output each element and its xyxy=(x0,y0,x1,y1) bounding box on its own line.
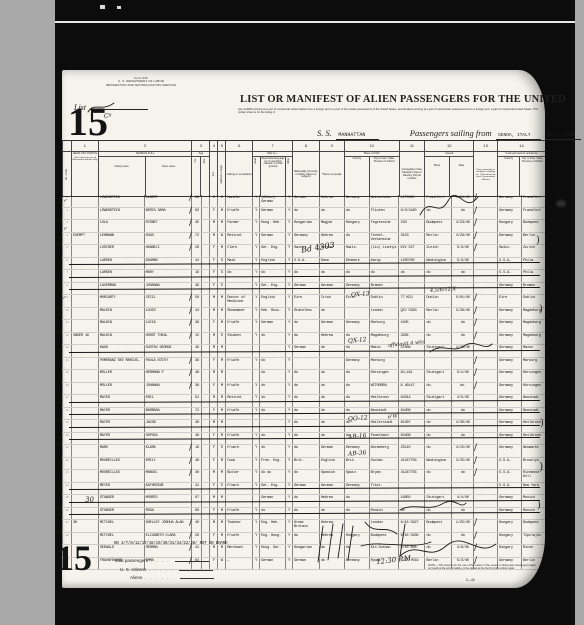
cell-ip xyxy=(424,483,451,495)
cell-rc: Germany xyxy=(497,408,521,420)
totals-block: Total passengers . . . . U. S. citizens … xyxy=(114,557,214,583)
page-curl-mark: ) xyxy=(539,460,543,473)
table-header: 1234567891011121314 No. on list HEAD-TAX… xyxy=(62,140,545,197)
cell-race xyxy=(319,358,344,370)
cell-ip: Washington xyxy=(424,458,451,470)
cell-g: HORST THEAL xyxy=(144,333,192,345)
cell-id: 5/1/40 xyxy=(451,370,473,382)
cell-id xyxy=(451,483,473,495)
cell-rci: Bremen xyxy=(521,283,545,295)
cell-rd: Y xyxy=(252,195,259,207)
cell-f: HAAS xyxy=(98,345,144,357)
cell-sx: M xyxy=(209,220,217,232)
cell-rci: Budapest xyxy=(521,520,545,532)
table-row: 18MAYERBARBARA72FMH'wifeYdoYdododoNeusta… xyxy=(62,408,545,421)
cell-mos xyxy=(201,320,209,332)
cell-no: 18 xyxy=(62,408,71,420)
cell-bci: Marburg xyxy=(369,320,399,332)
cell-bci: Mainz xyxy=(369,345,399,357)
cell-cal: Shoemaker xyxy=(225,308,252,320)
cell-nat: German xyxy=(292,195,319,207)
cell-f: MOUREILLES xyxy=(98,470,144,482)
column-number: 13 xyxy=(473,141,497,151)
cell-ms: W xyxy=(217,233,225,245)
cell-cal: do xyxy=(225,270,252,282)
cell-wr: Y xyxy=(285,433,292,445)
cell-visa: 37086 xyxy=(398,345,424,357)
cell-f: MALKIN xyxy=(98,320,144,332)
cell-f: SEEWALD xyxy=(98,545,144,557)
cell-rd xyxy=(252,345,259,357)
cell-ip: do xyxy=(424,270,451,282)
cell-mos xyxy=(201,370,209,382)
cell-g: JACOB xyxy=(144,420,192,432)
cell-lng: German xyxy=(259,495,285,507)
column-number: 3 xyxy=(191,141,209,151)
table-row: 2730MITCHELSHELLEY JOSHUA ALAN40MMTeache… xyxy=(62,520,545,533)
cell-rc: Germany xyxy=(497,508,521,520)
cell-id: 3/25/40 xyxy=(451,458,473,470)
cell-land xyxy=(473,233,497,245)
cell-f: STANGER xyxy=(98,495,144,507)
cell-yrs: 68 xyxy=(191,195,201,207)
cell-yrs: 40 xyxy=(191,470,201,482)
cell-lng: (Alien) German xyxy=(259,195,285,207)
cell-g: JOHANNA xyxy=(144,283,192,295)
cell-mos xyxy=(201,333,209,345)
cell-rc: Germany xyxy=(497,383,521,395)
cell-wr: Y xyxy=(285,395,292,407)
handwritten-signature-scrawl xyxy=(398,538,498,564)
table-row: 23MOUREILLESMANUEL40MMButlerYdo doYdoSpa… xyxy=(62,470,545,483)
cell-rci: Zurich xyxy=(521,245,545,257)
cell-ms: M xyxy=(217,358,225,370)
cell-land xyxy=(473,520,497,532)
cell-st xyxy=(71,495,98,507)
cell-ms: M xyxy=(217,495,225,507)
cell-yrs: 41 xyxy=(191,545,201,557)
cell-id: 5/3/40 xyxy=(451,258,473,270)
cell-f: MEYER xyxy=(98,483,144,495)
cell-race: Dane xyxy=(319,258,344,270)
cell-st xyxy=(71,483,98,495)
page-mark: 5—48 xyxy=(466,578,475,582)
cell-mos xyxy=(201,220,209,232)
cell-sx: F xyxy=(209,383,217,395)
cell-visa: 64,161 xyxy=(398,370,424,382)
cell-lng: Heb. Russ. xyxy=(259,308,285,320)
cell-st xyxy=(71,295,98,307)
cell-bci: Flinten xyxy=(369,208,399,220)
department-stamp: Form 630 U. S. DEPARTMENT OF LABOR IMMIG… xyxy=(86,77,196,87)
cell-lng: German xyxy=(259,208,285,220)
cell-lng: Fren. Eng. xyxy=(259,458,285,470)
cell-bc: Brit. xyxy=(344,458,369,470)
cell-rci: Magdeburg xyxy=(521,320,545,332)
cell-race: do xyxy=(319,433,344,445)
cell-bc: do xyxy=(344,208,369,220)
cell-bc: Germany xyxy=(344,195,369,207)
cell-rc: Hungary xyxy=(497,545,521,557)
cell-lng: do xyxy=(259,270,285,282)
cell-lng: do xyxy=(259,508,285,520)
cell-visa: KIV 527 xyxy=(398,245,424,257)
cell-f: LEHMANN xyxy=(98,233,144,245)
cell-id xyxy=(451,358,473,370)
cell-st xyxy=(71,270,98,282)
cell-rd: Y xyxy=(252,445,259,457)
cell-mos xyxy=(201,395,209,407)
cell-nat: do xyxy=(292,270,319,282)
cell-race: do xyxy=(319,308,344,320)
cell-g: CECIL xyxy=(144,295,192,307)
cell-rd xyxy=(252,370,259,382)
cell-ms: M xyxy=(217,370,225,382)
cell-st xyxy=(71,408,98,420)
cell-land xyxy=(473,245,497,257)
cell-bc: do xyxy=(344,408,369,420)
cell-rd xyxy=(252,495,259,507)
cell-mos xyxy=(201,345,209,357)
cell-f: MÜLLER xyxy=(98,370,144,382)
cell-mos xyxy=(201,208,209,220)
cell-ms: S xyxy=(217,483,225,495)
cell-cal: H'wife xyxy=(225,358,252,370)
cell-nat: U.S.A. xyxy=(292,258,319,270)
cell-st xyxy=(71,283,98,295)
cell-lng: English xyxy=(259,258,285,270)
cell-g: HANNELI xyxy=(144,245,192,257)
cell-id: 4/30/40 xyxy=(451,420,473,432)
cell-f: STANGER xyxy=(98,508,144,520)
cell-bc: Hungary xyxy=(344,220,369,232)
cell-cal: Merchant xyxy=(225,545,252,557)
cell-ms: M xyxy=(217,508,225,520)
cell-rci: Neustadt xyxy=(521,395,545,407)
cell-nat: do xyxy=(292,370,319,382)
cell-rci: Magdeburg xyxy=(521,333,545,345)
sailing-port: GENOA, ITALY xyxy=(496,133,540,140)
cell-sx: F xyxy=(209,508,217,520)
cell-g: HERMANN P xyxy=(144,370,192,382)
cell-sx: M xyxy=(209,345,217,357)
cell-land xyxy=(473,433,497,445)
cell-id xyxy=(451,283,473,295)
cell-ip: Stuttgart xyxy=(424,370,451,382)
cell-yrs: 61 xyxy=(191,395,201,407)
cell-visa: 64314 xyxy=(398,395,424,407)
cell-lng: German xyxy=(259,320,285,332)
cell-g: EMIL xyxy=(144,395,192,407)
cell-nat: do xyxy=(292,445,319,457)
cell-id: 4/15/40 xyxy=(451,445,473,457)
cell-rd: Y xyxy=(252,208,259,220)
cell-visa: 41247756 xyxy=(398,458,424,470)
cell-rc: U.S.A. xyxy=(497,483,521,495)
cell-ip: Berlin xyxy=(424,308,451,320)
cell-yrs: 28 xyxy=(191,245,201,257)
col-residence: *Last permanent residence Country City o… xyxy=(497,152,545,197)
cell-ms: S xyxy=(217,445,225,457)
cell-id: do xyxy=(451,433,473,445)
cell-f: LARSEN xyxy=(98,270,144,282)
cell-nat: do xyxy=(292,420,319,432)
cell-rci: Budapest xyxy=(521,220,545,232)
cell-land xyxy=(473,458,497,470)
cell-yrs: 50 xyxy=(191,295,201,307)
cell-rd: Y xyxy=(252,270,259,282)
cell-lng: Ger. Eng. xyxy=(259,245,285,257)
col-married: Married or single xyxy=(217,152,225,197)
cell-yrs: 44 xyxy=(191,258,201,270)
cell-ms: S xyxy=(217,258,225,270)
cell-g: BERTA SARA xyxy=(144,208,192,220)
cell-sx: F xyxy=(209,208,217,220)
cell-wr: Y xyxy=(285,383,292,395)
cell-wr: Y xyxy=(285,545,292,557)
cell-bc: do xyxy=(344,433,369,445)
cell-nat: Brit. xyxy=(292,458,319,470)
cell-mos xyxy=(201,383,209,395)
cell-bc: Germany xyxy=(344,320,369,332)
cell-g: SYDNEY xyxy=(144,220,192,232)
cell-rci: Munich xyxy=(521,508,545,520)
column-number: 1 xyxy=(71,141,98,151)
cell-cal: H'work xyxy=(225,445,252,457)
cell-rd: Y xyxy=(252,220,259,232)
cell-id: 4/5/40 xyxy=(451,395,473,407)
cell-yrs: 49 xyxy=(191,345,201,357)
cell-wr: Y xyxy=(285,483,292,495)
cell-yrs: 62 xyxy=(191,208,201,220)
cell-yrs: 67 xyxy=(191,495,201,507)
cell-f: MALKIN xyxy=(98,308,144,320)
cell-mos xyxy=(201,420,209,432)
column-numbers-row: 1234567891011121314 xyxy=(62,141,545,152)
cell-g: BARBARA xyxy=(144,408,192,420)
table-row: 4EXEMPTLEHMANNHUGO72MWRetiredYGermanYGer… xyxy=(62,233,545,246)
cell-g: HERMAN xyxy=(144,545,192,557)
cell-wr: Y xyxy=(285,233,292,245)
cell-cal: H'work xyxy=(225,483,252,495)
cell-visa: 3153 xyxy=(398,233,424,245)
cell-no: 4 xyxy=(62,233,71,245)
cell-lng: Eng. Hung. xyxy=(259,533,285,545)
cell-wr: Y xyxy=(285,370,292,382)
cell-land xyxy=(473,395,497,407)
cell-sx: M xyxy=(209,420,217,432)
ship-name: MANHATTAN xyxy=(336,132,379,140)
cell-st xyxy=(71,308,98,320)
cell-land xyxy=(473,295,497,307)
cell-race: Spanish xyxy=(319,470,344,482)
cell-bci: Hürsingen xyxy=(369,370,399,382)
column-number: 8 xyxy=(292,141,319,151)
cell-yrs: 40 xyxy=(191,420,201,432)
cell-lng xyxy=(259,420,285,432)
cell-rci: Frankfurt xyxy=(521,195,545,207)
cell-visa xyxy=(398,358,424,370)
cell-lng: do xyxy=(259,395,285,407)
table-row: 5LUSCHERHANNELI28FMClerkYGer. Eng.YSwitz… xyxy=(62,245,545,258)
title-fine-print: ALL ALIENS arriving at a port of contine… xyxy=(238,108,538,114)
cell-bci: Marburg xyxy=(369,358,399,370)
cell-rd: Y xyxy=(252,295,259,307)
cell-st: EXEMPT xyxy=(71,233,98,245)
cell-land xyxy=(473,495,497,507)
cell-f: LUSCHER xyxy=(98,245,144,257)
cell-nat: do xyxy=(292,470,319,482)
cell-cal xyxy=(225,420,252,432)
cell-bc: do xyxy=(344,333,369,345)
cell-ms: M xyxy=(217,195,225,207)
cell-race: Hebrew xyxy=(319,233,344,245)
cell-rc: U.S.A. xyxy=(497,458,521,470)
column-number: 2 xyxy=(98,141,192,151)
table-row: 8LAVERMANJOHANNA48FSYGer. Eng.YGermanGer… xyxy=(62,283,545,296)
cell-st xyxy=(71,420,98,432)
table-row: 16MÜLLERJOHANNA38FMH'wifeYdoYdododoWITHD… xyxy=(62,383,545,396)
cell-land xyxy=(473,358,497,370)
cell-lng: Hung. Ger. xyxy=(259,545,285,557)
table-row: 26STANGERROSA60FMH'wifeYdoYdododoMunichd… xyxy=(62,508,545,521)
cell-bci: Techel- Verbensine xyxy=(369,233,399,245)
cell-rci: Phila. xyxy=(521,258,545,270)
cell-wr: Y xyxy=(285,445,292,457)
cell-no: 11 xyxy=(62,320,71,332)
cell-mos xyxy=(201,433,209,445)
cell-sx: M xyxy=(209,370,217,382)
cell-rc: Germany xyxy=(497,370,521,382)
cell-cal: H'wife xyxy=(225,533,252,545)
cell-nat: German xyxy=(292,483,319,495)
page-curl-mark: ) xyxy=(540,418,544,429)
cell-rc: Germany xyxy=(497,283,521,295)
cell-lng: Ger. Eng. xyxy=(259,283,285,295)
cell-land xyxy=(473,408,497,420)
cell-bci: Tegressine xyxy=(369,220,399,232)
cell-race: German xyxy=(319,445,344,457)
cell-bci xyxy=(369,495,399,507)
film-speck xyxy=(117,6,121,9)
table-row: 20MAYERSOPHIA48FMH'wifeYdoYdododoFeuerba… xyxy=(62,433,545,446)
cell-ms: M xyxy=(217,520,225,532)
cell-bc: Germany xyxy=(344,445,369,457)
cell-wr: Y xyxy=(285,308,292,320)
cell-wr: Y xyxy=(285,245,292,257)
cell-nat: do xyxy=(292,395,319,407)
page-title: LIST OR MANIFEST OF ALIEN PASSENGERS FOR… xyxy=(240,94,566,105)
cell-g: SOPHIA xyxy=(144,433,192,445)
cell-wr: Y xyxy=(285,458,292,470)
cell-sx: F xyxy=(209,458,217,470)
cell-land xyxy=(473,220,497,232)
cell-cal xyxy=(225,345,252,357)
cell-sx: M xyxy=(209,545,217,557)
cell-ip: do. xyxy=(424,383,451,395)
cell-cal: Farmer xyxy=(225,220,252,232)
column-number: 4 xyxy=(209,141,217,151)
cell-sx: M xyxy=(209,333,217,345)
cell-mos xyxy=(201,408,209,420)
film-smudge xyxy=(556,200,566,207)
cell-lng: German xyxy=(259,233,285,245)
cell-sx: F xyxy=(209,433,217,445)
cell-no: 9 xyxy=(62,295,71,307)
cell-race: Hebrew xyxy=(319,333,344,345)
cell-race: Irish xyxy=(319,295,344,307)
cell-rd: Y xyxy=(252,233,259,245)
cell-sx: M xyxy=(209,495,217,507)
cell-no: 17 xyxy=(62,395,71,407)
cell-ms: M xyxy=(217,208,225,220)
cell-rc: Germany xyxy=(497,233,521,245)
cell-rd: Y xyxy=(252,283,259,295)
cell-no: 20 xyxy=(62,433,71,445)
cell-ms: M xyxy=(217,420,225,432)
cell-rc: U.S.A. xyxy=(497,258,521,270)
cell-g: EMILY xyxy=(144,458,192,470)
cell-ms: M xyxy=(217,320,225,332)
cell-mos xyxy=(201,470,209,482)
cell-ms: M xyxy=(217,408,225,420)
cell-rd: Y xyxy=(252,245,259,257)
cell-g: KATHERINE xyxy=(144,483,192,495)
cell-rci: New York xyxy=(521,483,545,495)
cell-yrs: 60 xyxy=(191,508,201,520)
col-rownum: No. on list xyxy=(62,152,71,197)
cell-sx: F xyxy=(209,270,217,282)
cell-nat: Eire xyxy=(292,295,319,307)
cell-rci: Hürsingen xyxy=(521,370,545,382)
cell-wr: Y xyxy=(285,495,292,507)
table-row: 6LARSENDAGMAR44FSMaidYEnglishYU.S.A.Dane… xyxy=(62,258,545,271)
cell-st xyxy=(71,370,98,382)
cell-race: German xyxy=(319,483,344,495)
cell-lng: Ger. Eng. xyxy=(259,483,285,495)
cell-cal: H'wife xyxy=(225,383,252,395)
cell-rd: Y xyxy=(252,545,259,557)
cell-st xyxy=(71,470,98,482)
cell-rd: Y xyxy=(252,333,259,345)
table-row: 24MEYERKATHERINE41FSH'workYGer. Eng.YGer… xyxy=(62,483,545,496)
cell-ms: M xyxy=(217,470,225,482)
cell-yrs: 15 xyxy=(191,333,201,345)
table-row: 3LOLASYDNEY45MMFarmerYHung. Heb.YHungari… xyxy=(62,220,545,233)
cell-st xyxy=(71,245,98,257)
cell-lng: do xyxy=(259,370,285,382)
cell-lng: do do xyxy=(259,470,285,482)
cell-id: 4/29/40 xyxy=(451,233,473,245)
cell-yrs: 72 xyxy=(191,408,201,420)
cell-ip: Washington xyxy=(424,258,451,270)
cell-rc: Germany xyxy=(497,420,521,432)
cell-bc: Germany xyxy=(344,283,369,295)
cell-bci: Nuremberg xyxy=(369,445,399,457)
cell-sx: M xyxy=(209,470,217,482)
cell-cal: Handler xyxy=(225,195,252,207)
cell-sx: F xyxy=(209,320,217,332)
cell-cal: Clerk xyxy=(225,245,252,257)
cell-no: 19 xyxy=(62,420,71,432)
cell-mos xyxy=(201,445,209,457)
cell-yrs: 48 xyxy=(191,283,201,295)
cell-rc: U.S.A. xyxy=(497,470,521,482)
cell-cal: H'wife xyxy=(225,433,252,445)
cell-rc: Germany xyxy=(497,333,521,345)
cell-ip xyxy=(424,283,451,295)
cell-mos xyxy=(201,195,209,207)
